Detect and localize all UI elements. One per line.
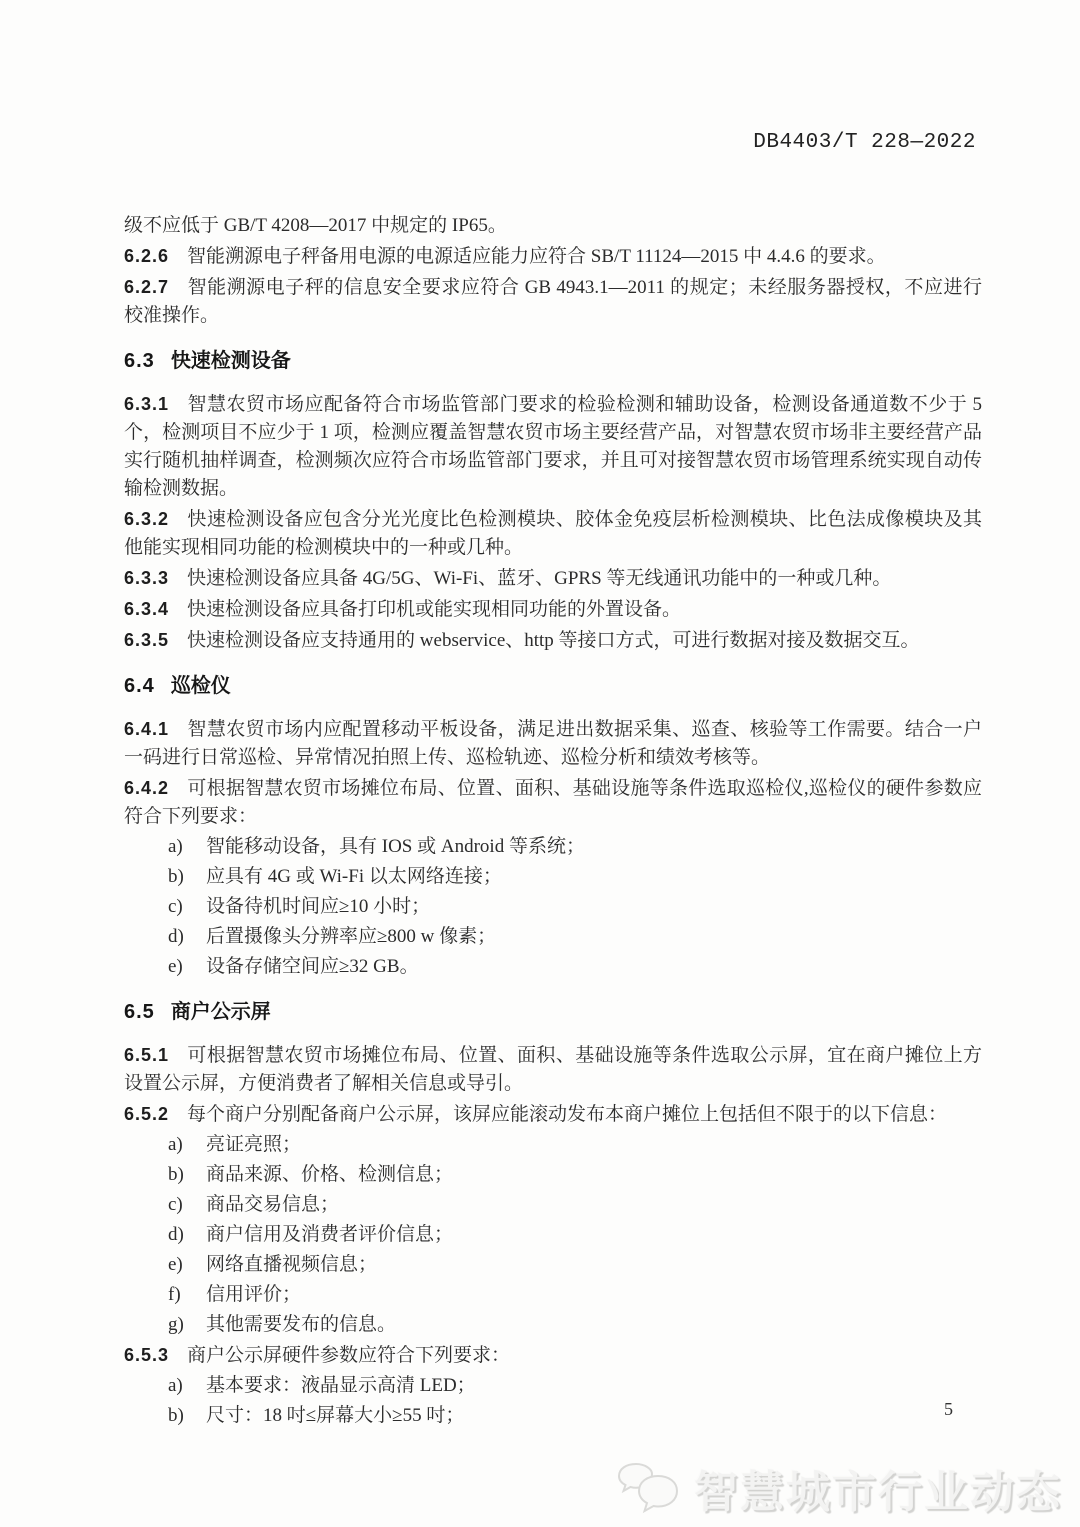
list-item-text: 信用评价；: [206, 1284, 301, 1305]
clause-number: 6.4.2: [124, 778, 169, 798]
page-number: 5: [944, 1399, 953, 1420]
section-title: 商户公示屏: [171, 1001, 271, 1023]
list-item-text: 亮证亮照；: [206, 1134, 301, 1155]
list-item-label: c): [168, 893, 206, 921]
clause-number: 6.2.6: [124, 246, 169, 266]
paragraph-text: 级不应低于 GB/T 4208—2017 中规定的 IP65。: [124, 215, 507, 236]
list-item-text: 设备存储空间应≥32 GB。: [206, 956, 419, 977]
list-item-label: a): [168, 833, 206, 861]
section-title: 巡检仪: [171, 675, 231, 697]
list-item-6-5-2-c: c)商品交易信息；: [124, 1191, 982, 1219]
list-item-text: 其他需要发布的信息。: [206, 1314, 396, 1335]
section-heading-6-3: 6.3快速检测设备: [124, 347, 982, 375]
clause-number: 6.3.5: [124, 630, 169, 650]
clause-text: 快速检测设备应包含分光光度比色检测模块、胶体金免疫层析检测模块、比色法成像模块及…: [124, 509, 982, 558]
clause-6-3-3: 6.3.3快速检测设备应具备 4G/5G、Wi-Fi、蓝牙、GPRS 等无线通讯…: [124, 564, 982, 593]
clause-6-3-1: 6.3.1智慧农贸市场应配备符合市场监管部门要求的检验检测和辅助设备，检测设备通…: [124, 390, 982, 503]
clause-6-3-5: 6.3.5快速检测设备应支持通用的 webservice、http 等接口方式，…: [124, 626, 982, 655]
chat-bubbles-icon: [614, 1460, 684, 1516]
list-item-6-4-2-e: e)设备存储空间应≥32 GB。: [124, 953, 982, 981]
list-item-text: 尺寸：18 吋≤屏幕大小≥55 吋；: [206, 1405, 464, 1426]
list-item-6-5-2-e: e)网络直播视频信息；: [124, 1251, 982, 1279]
clause-number: 6.5.2: [124, 1104, 169, 1124]
list-item-6-4-2-c: c)设备待机时间应≥10 小时；: [124, 893, 982, 921]
clause-number: 6.3.1: [124, 394, 169, 414]
list-item-6-5-2-a: a)亮证亮照；: [124, 1131, 982, 1159]
section-heading-6-5: 6.5商户公示屏: [124, 998, 982, 1026]
section-number: 6.3: [124, 350, 155, 372]
clause-text: 可根据智慧农贸市场摊位布局、位置、面积、基础设施等条件选取巡检仪,巡检仪的硬件参…: [124, 778, 982, 827]
clause-text: 智慧农贸市场内应配置移动平板设备，满足进出数据采集、巡查、核验等工作需要。结合一…: [124, 719, 982, 768]
document-code: DB4403/T 228—2022: [753, 131, 976, 154]
list-item-6-5-2-d: d)商户信用及消费者评价信息；: [124, 1221, 982, 1249]
clause-number: 6.3.2: [124, 509, 169, 529]
paragraph-continuation: 级不应低于 GB/T 4208—2017 中规定的 IP65。: [124, 212, 982, 240]
section-number: 6.5: [124, 1001, 155, 1023]
list-item-label: c): [168, 1191, 206, 1219]
list-item-text: 设备待机时间应≥10 小时；: [206, 896, 430, 917]
clause-6-3-4: 6.3.4快速检测设备应具备打印机或能实现相同功能的外置设备。: [124, 595, 982, 624]
section-heading-6-4: 6.4巡检仪: [124, 672, 982, 700]
clause-text: 可根据智慧农贸市场摊位布局、位置、面积、基础设施等条件选取公示屏，宜在商户摊位上…: [124, 1045, 982, 1094]
list-item-label: a): [168, 1131, 206, 1159]
list-item-6-5-2-b: b)商品来源、价格、检测信息；: [124, 1161, 982, 1189]
list-item-text: 网络直播视频信息；: [206, 1254, 377, 1275]
clause-6-2-6: 6.2.6智能溯源电子秤备用电源的电源适应能力应符合 SB/T 11124—20…: [124, 242, 982, 271]
list-item-6-4-2-d: d)后置摄像头分辨率应≥800 w 像素；: [124, 923, 982, 951]
list-item-text: 后置摄像头分辨率应≥800 w 像素；: [206, 926, 496, 947]
clause-6-4-2: 6.4.2可根据智慧农贸市场摊位布局、位置、面积、基础设施等条件选取巡检仪,巡检…: [124, 774, 982, 831]
clause-text: 智能溯源电子秤备用电源的电源适应能力应符合 SB/T 11124—2015 中 …: [187, 246, 886, 267]
list-item-text: 商户信用及消费者评价信息；: [206, 1224, 453, 1245]
list-item-text: 应具有 4G 或 Wi-Fi 以太网络连接；: [206, 866, 502, 887]
clause-6-3-2: 6.3.2快速检测设备应包含分光光度比色检测模块、胶体金免疫层析检测模块、比色法…: [124, 505, 982, 562]
watermark-text: 智慧城市行业动态: [694, 1456, 1062, 1520]
clause-6-5-2: 6.5.2每个商户分别配备商户公示屏，该屏应能滚动发布本商户摊位上包括但不限于的…: [124, 1100, 982, 1129]
clause-6-5-3: 6.5.3商户公示屏硬件参数应符合下列要求：: [124, 1341, 982, 1370]
list-item-label: b): [168, 863, 206, 891]
list-item-label: f): [168, 1281, 206, 1309]
clause-6-5-1: 6.5.1可根据智慧农贸市场摊位布局、位置、面积、基础设施等条件选取公示屏，宜在…: [124, 1041, 982, 1098]
list-item-text: 智能移动设备，具有 IOS 或 Android 等系统；: [206, 836, 585, 857]
clause-text: 每个商户分别配备商户公示屏，该屏应能滚动发布本商户摊位上包括但不限于的以下信息：: [187, 1104, 947, 1125]
document-body: 级不应低于 GB/T 4208—2017 中规定的 IP65。 6.2.6智能溯…: [124, 212, 982, 1432]
list-item-label: a): [168, 1372, 206, 1400]
clause-number: 6.4.1: [124, 719, 169, 739]
list-item-6-5-2-g: g)其他需要发布的信息。: [124, 1311, 982, 1339]
clause-number: 6.5.1: [124, 1045, 169, 1065]
clause-6-4-1: 6.4.1智慧农贸市场内应配置移动平板设备，满足进出数据采集、巡查、核验等工作需…: [124, 715, 982, 772]
list-item-label: b): [168, 1402, 206, 1430]
clause-number: 6.3.4: [124, 599, 169, 619]
list-item-label: e): [168, 1251, 206, 1279]
clause-text: 快速检测设备应支持通用的 webservice、http 等接口方式，可进行数据…: [187, 630, 920, 651]
section-title: 快速检测设备: [171, 350, 291, 372]
list-item-6-5-3-b: b)尺寸：18 吋≤屏幕大小≥55 吋；: [124, 1402, 982, 1430]
list-item-6-4-2-b: b)应具有 4G 或 Wi-Fi 以太网络连接；: [124, 863, 982, 891]
list-item-text: 商品来源、价格、检测信息；: [206, 1164, 453, 1185]
clause-text: 智能溯源电子秤的信息安全要求应符合 GB 4943.1—2011 的规定；未经服…: [124, 277, 982, 326]
document-page: DB4403/T 228—2022 级不应低于 GB/T 4208—2017 中…: [0, 0, 1080, 1527]
clause-text: 智慧农贸市场应配备符合市场监管部门要求的检验检测和辅助设备，检测设备通道数不少于…: [124, 394, 982, 499]
section-number: 6.4: [124, 675, 155, 697]
list-item-6-4-2-a: a)智能移动设备，具有 IOS 或 Android 等系统；: [124, 833, 982, 861]
list-item-text: 基本要求：液晶显示高清 LED；: [206, 1375, 476, 1396]
list-item-label: b): [168, 1161, 206, 1189]
list-item-6-5-3-a: a)基本要求：液晶显示高清 LED；: [124, 1372, 982, 1400]
list-item-label: e): [168, 953, 206, 981]
clause-number: 6.3.3: [124, 568, 169, 588]
list-item-text: 商品交易信息；: [206, 1194, 339, 1215]
watermark-logo: 智慧城市行业动态: [614, 1456, 1062, 1520]
clause-text: 快速检测设备应具备打印机或能实现相同功能的外置设备。: [187, 599, 681, 620]
clause-text: 商户公示屏硬件参数应符合下列要求：: [187, 1345, 510, 1366]
clause-number: 6.2.7: [124, 277, 169, 297]
list-item-label: d): [168, 1221, 206, 1249]
clause-number: 6.5.3: [124, 1345, 169, 1365]
clause-6-2-7: 6.2.7智能溯源电子秤的信息安全要求应符合 GB 4943.1—2011 的规…: [124, 273, 982, 330]
list-item-6-5-2-f: f)信用评价；: [124, 1281, 982, 1309]
list-item-label: d): [168, 923, 206, 951]
list-item-label: g): [168, 1311, 206, 1339]
clause-text: 快速检测设备应具备 4G/5G、Wi-Fi、蓝牙、GPRS 等无线通讯功能中的一…: [187, 568, 891, 589]
